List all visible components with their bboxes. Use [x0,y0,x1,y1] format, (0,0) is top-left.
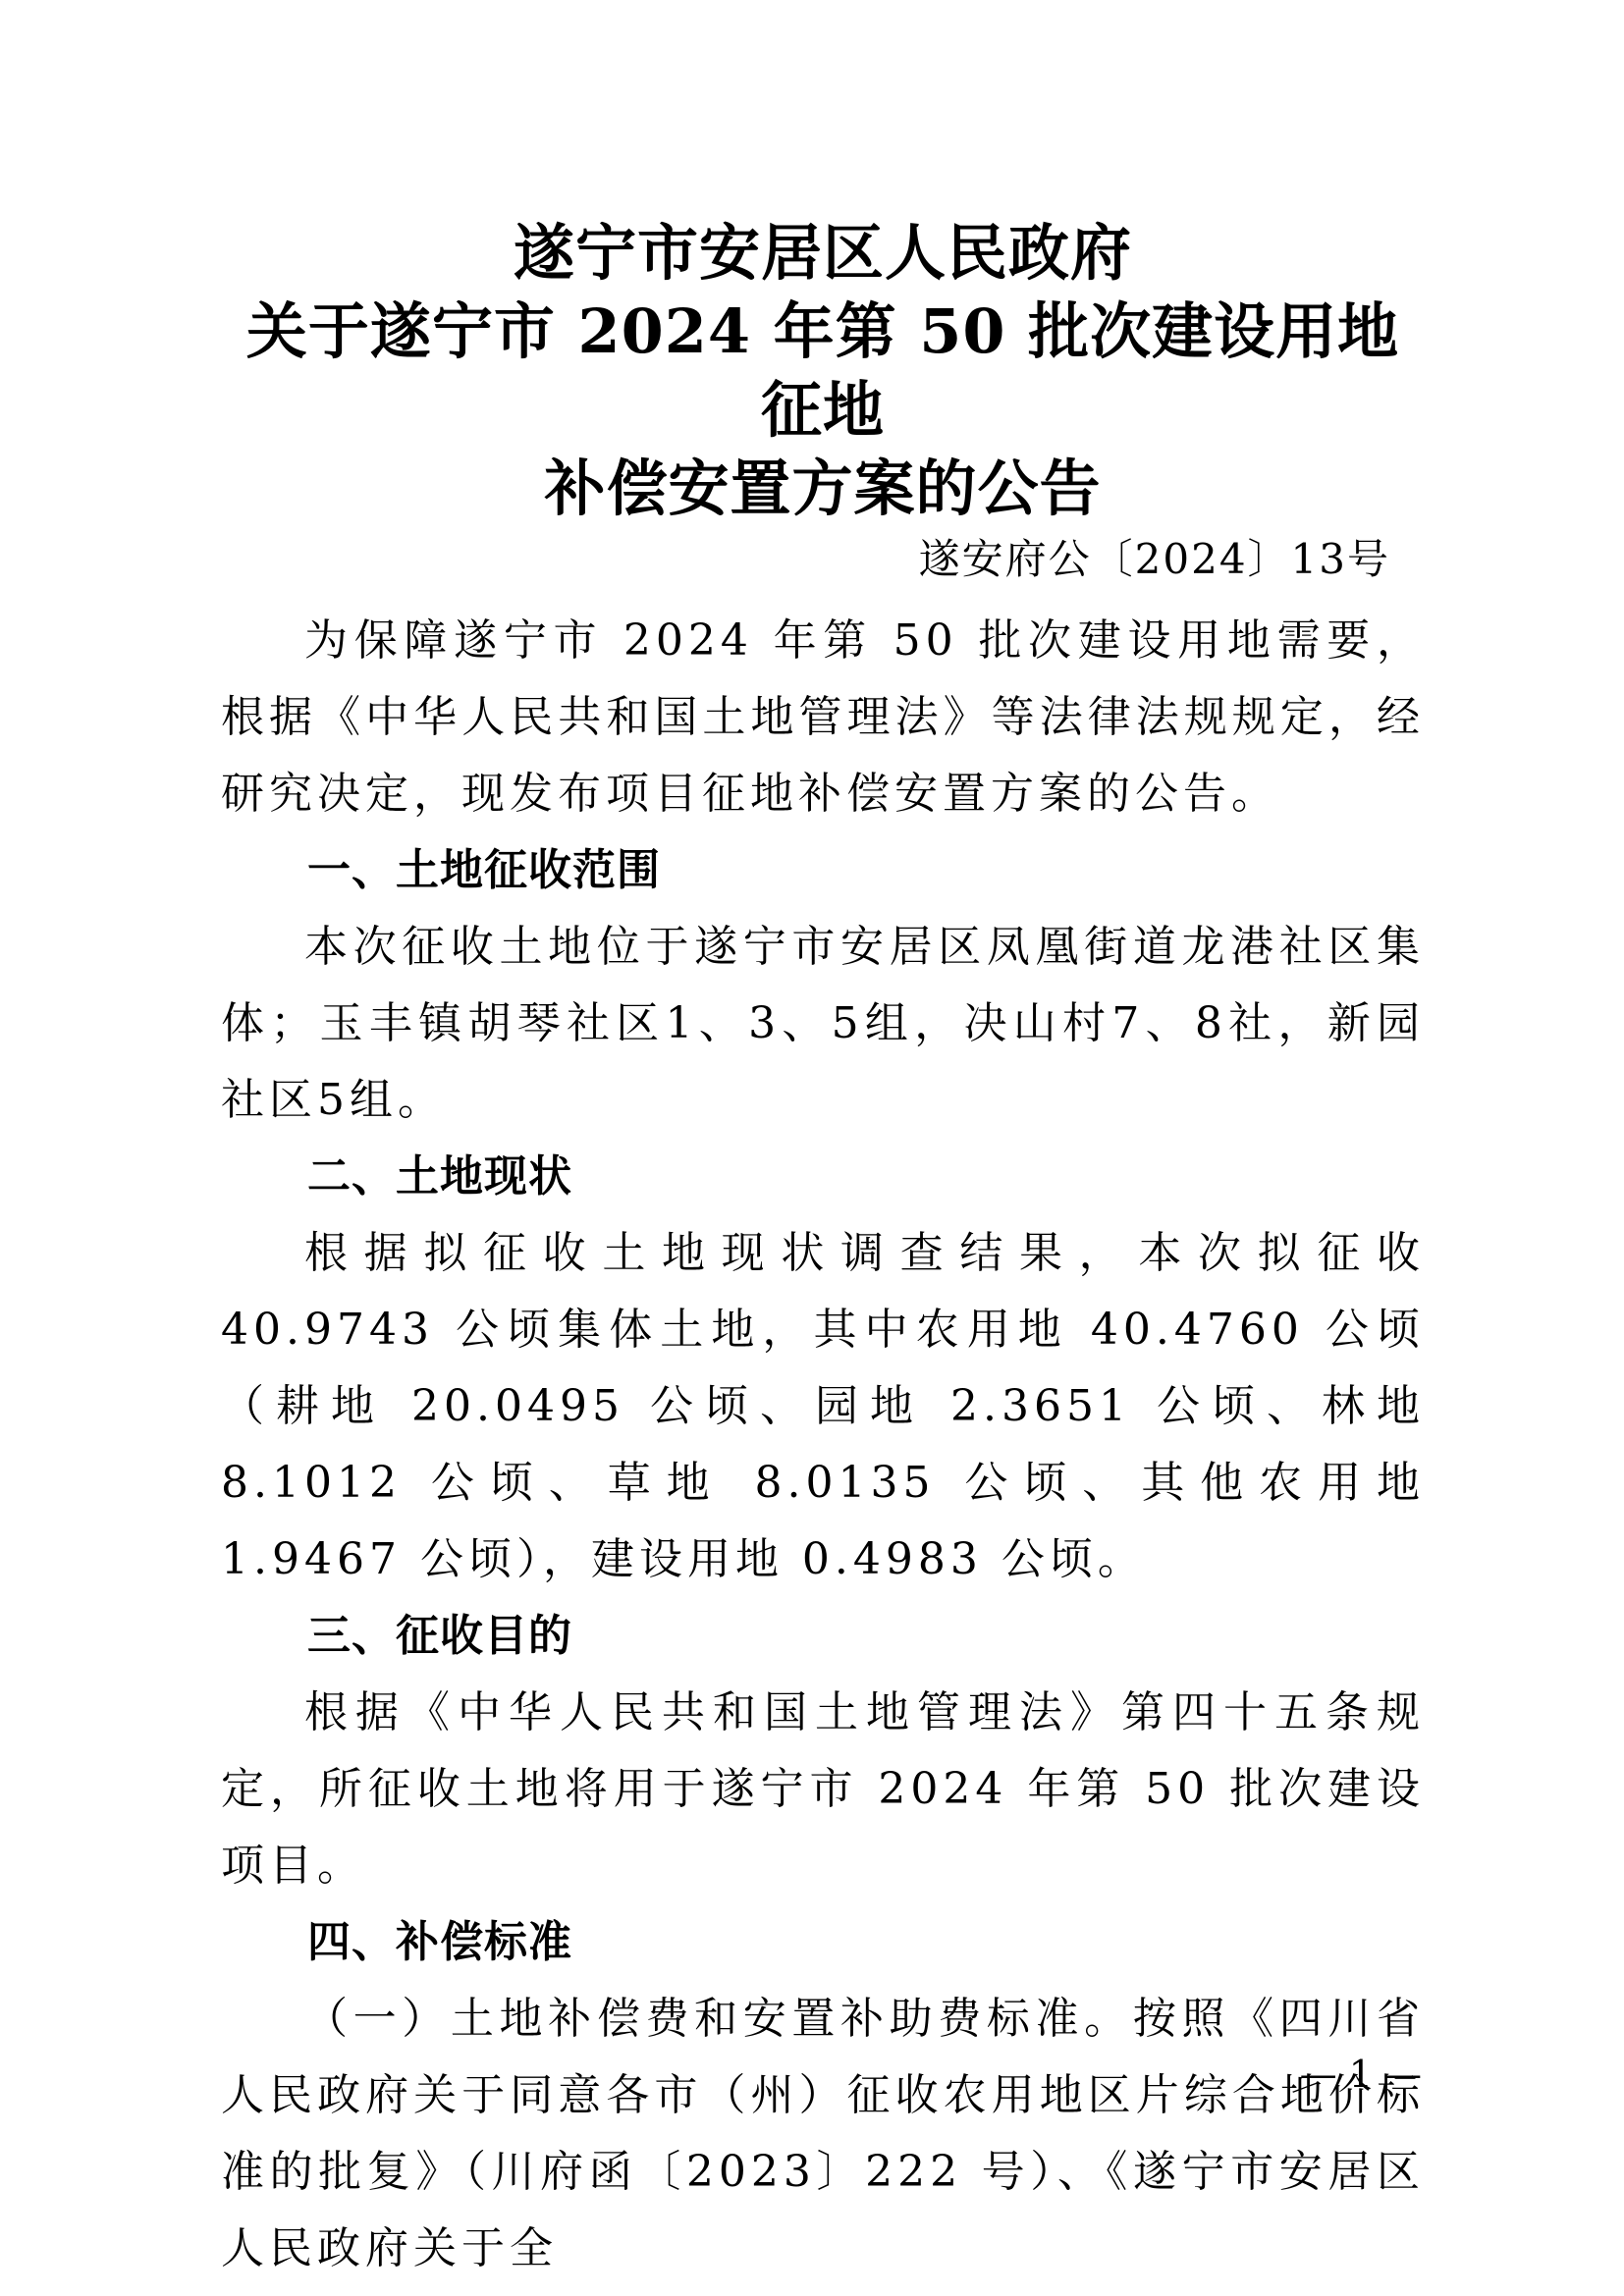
section-1-heading: 一、土地征收范围 [221,832,1425,909]
document-title-line-2: 关于遂宁市 2024 年第 50 批次建设用地征地 [221,293,1425,450]
intro-paragraph: 为保障遂宁市 2024 年第 50 批次建设用地需要，根据《中华人民共和国土地管… [221,603,1425,832]
section-3-heading: 三、征收目的 [221,1598,1425,1675]
section-2-heading: 二、土地现状 [221,1139,1425,1215]
document-body: 为保障遂宁市 2024 年第 50 批次建设用地需要，根据《中华人民共和国土地管… [221,603,1425,2287]
document-page: 遂宁市安居区人民政府 关于遂宁市 2024 年第 50 批次建设用地征地 补偿安… [0,0,1624,2296]
section-4-body: （一）土地补偿费和安置补助费标准。按照《四川省人民政府关于同意各市（州）征收农用… [221,1981,1425,2287]
section-4-heading: 四、补偿标准 [221,1904,1425,1981]
document-title: 遂宁市安居区人民政府 关于遂宁市 2024 年第 50 批次建设用地征地 补偿安… [221,214,1425,528]
document-title-line-3: 补偿安置方案的公告 [221,450,1425,528]
section-2-body: 根据拟征收土地现状调查结果，本次拟征收 40.9743 公顷集体土地，其中农用地… [221,1215,1425,1598]
document-title-line-1: 遂宁市安居区人民政府 [221,214,1425,293]
doc-number: 遂安府公〔2024〕13号 [919,538,1390,581]
section-3-body: 根据《中华人民共和国土地管理法》第四十五条规定，所征收土地将用于遂宁市 2024… [221,1675,1425,1904]
page-number: — 1 — [1300,2054,1422,2095]
section-1-body: 本次征收土地位于遂宁市安居区凤凰街道龙港社区集体；玉丰镇胡琴社区1、3、5组，决… [221,909,1425,1139]
